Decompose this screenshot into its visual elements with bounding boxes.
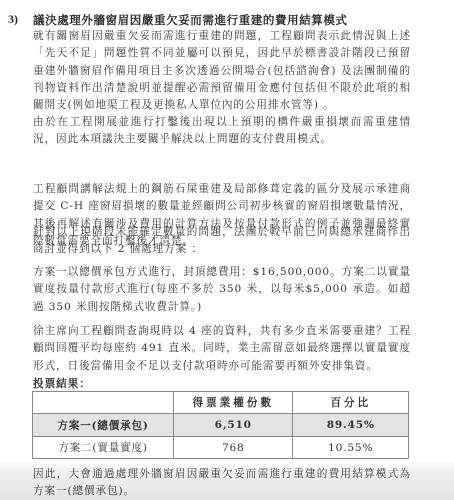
section-title: 議決處理外牆窗眉因嚴重欠妥而需進行重建的費用結算模式 [33,12,348,28]
vote-results-table: 得票業權份數 百分比 方案一(總價承包) 6,510 89.45% 方案二(實量… [32,391,409,459]
document-page: 3) 議決處理外牆窗眉因嚴重欠妥而需進行重建的費用結算模式 就有關窗眉因嚴重欠妥… [0,0,454,500]
option-cell: 方案二(實量實度) [33,437,174,459]
shares-cell: 768 [174,437,293,459]
section-number: 3) [8,12,18,27]
option-cell: 方案一(總價承包) [33,414,174,437]
table-header-row: 得票業權份數 百分比 [33,392,409,414]
paragraph-purpose: 由於在工程開展並進行打鑿後出現以上預期的構件嚴重損壞而需重建情況，因此本項議決主… [33,114,411,149]
header-option [33,392,174,414]
percent-cell: 89.45% [293,414,409,437]
table-row: 方案二(實量實度) 768 10.55% [33,437,409,459]
header-shares: 得票業權份數 [174,392,293,414]
shares-cell: 6,510 [174,414,293,437]
table-row: 方案一(總價承包) 6,510 89.45% [33,414,409,437]
percent-cell: 10.55% [293,437,409,459]
paragraph-chairman-query: 徐主席向工程顧問查詢現時以 4 座的資料，共有多少直米需要重建？工程顧問回覆平均… [33,323,411,375]
paragraph-options-intro: 針對以上現階段未能確定數量的問題，法團於較早前已向與總承建商作出商討並得到以下 … [33,224,411,259]
paragraph-background: 就有關窗眉因嚴重欠妥而需進行重建的問題，工程顧問表示此情況與上述「先天不足」問題… [33,28,411,114]
paragraph-resolution: 因此，大會通過處理外牆窗眉因嚴重欠妥而需進行重建的費用結算模式為方案一(總價承包… [33,466,411,500]
header-percent: 百分比 [293,392,409,414]
paragraph-options-detail: 方案一以總價承包方式進行，封頂總費用：$16,500,000。方案二以實量實度按… [33,264,411,316]
vote-results-label: 投票結果： [33,376,91,391]
